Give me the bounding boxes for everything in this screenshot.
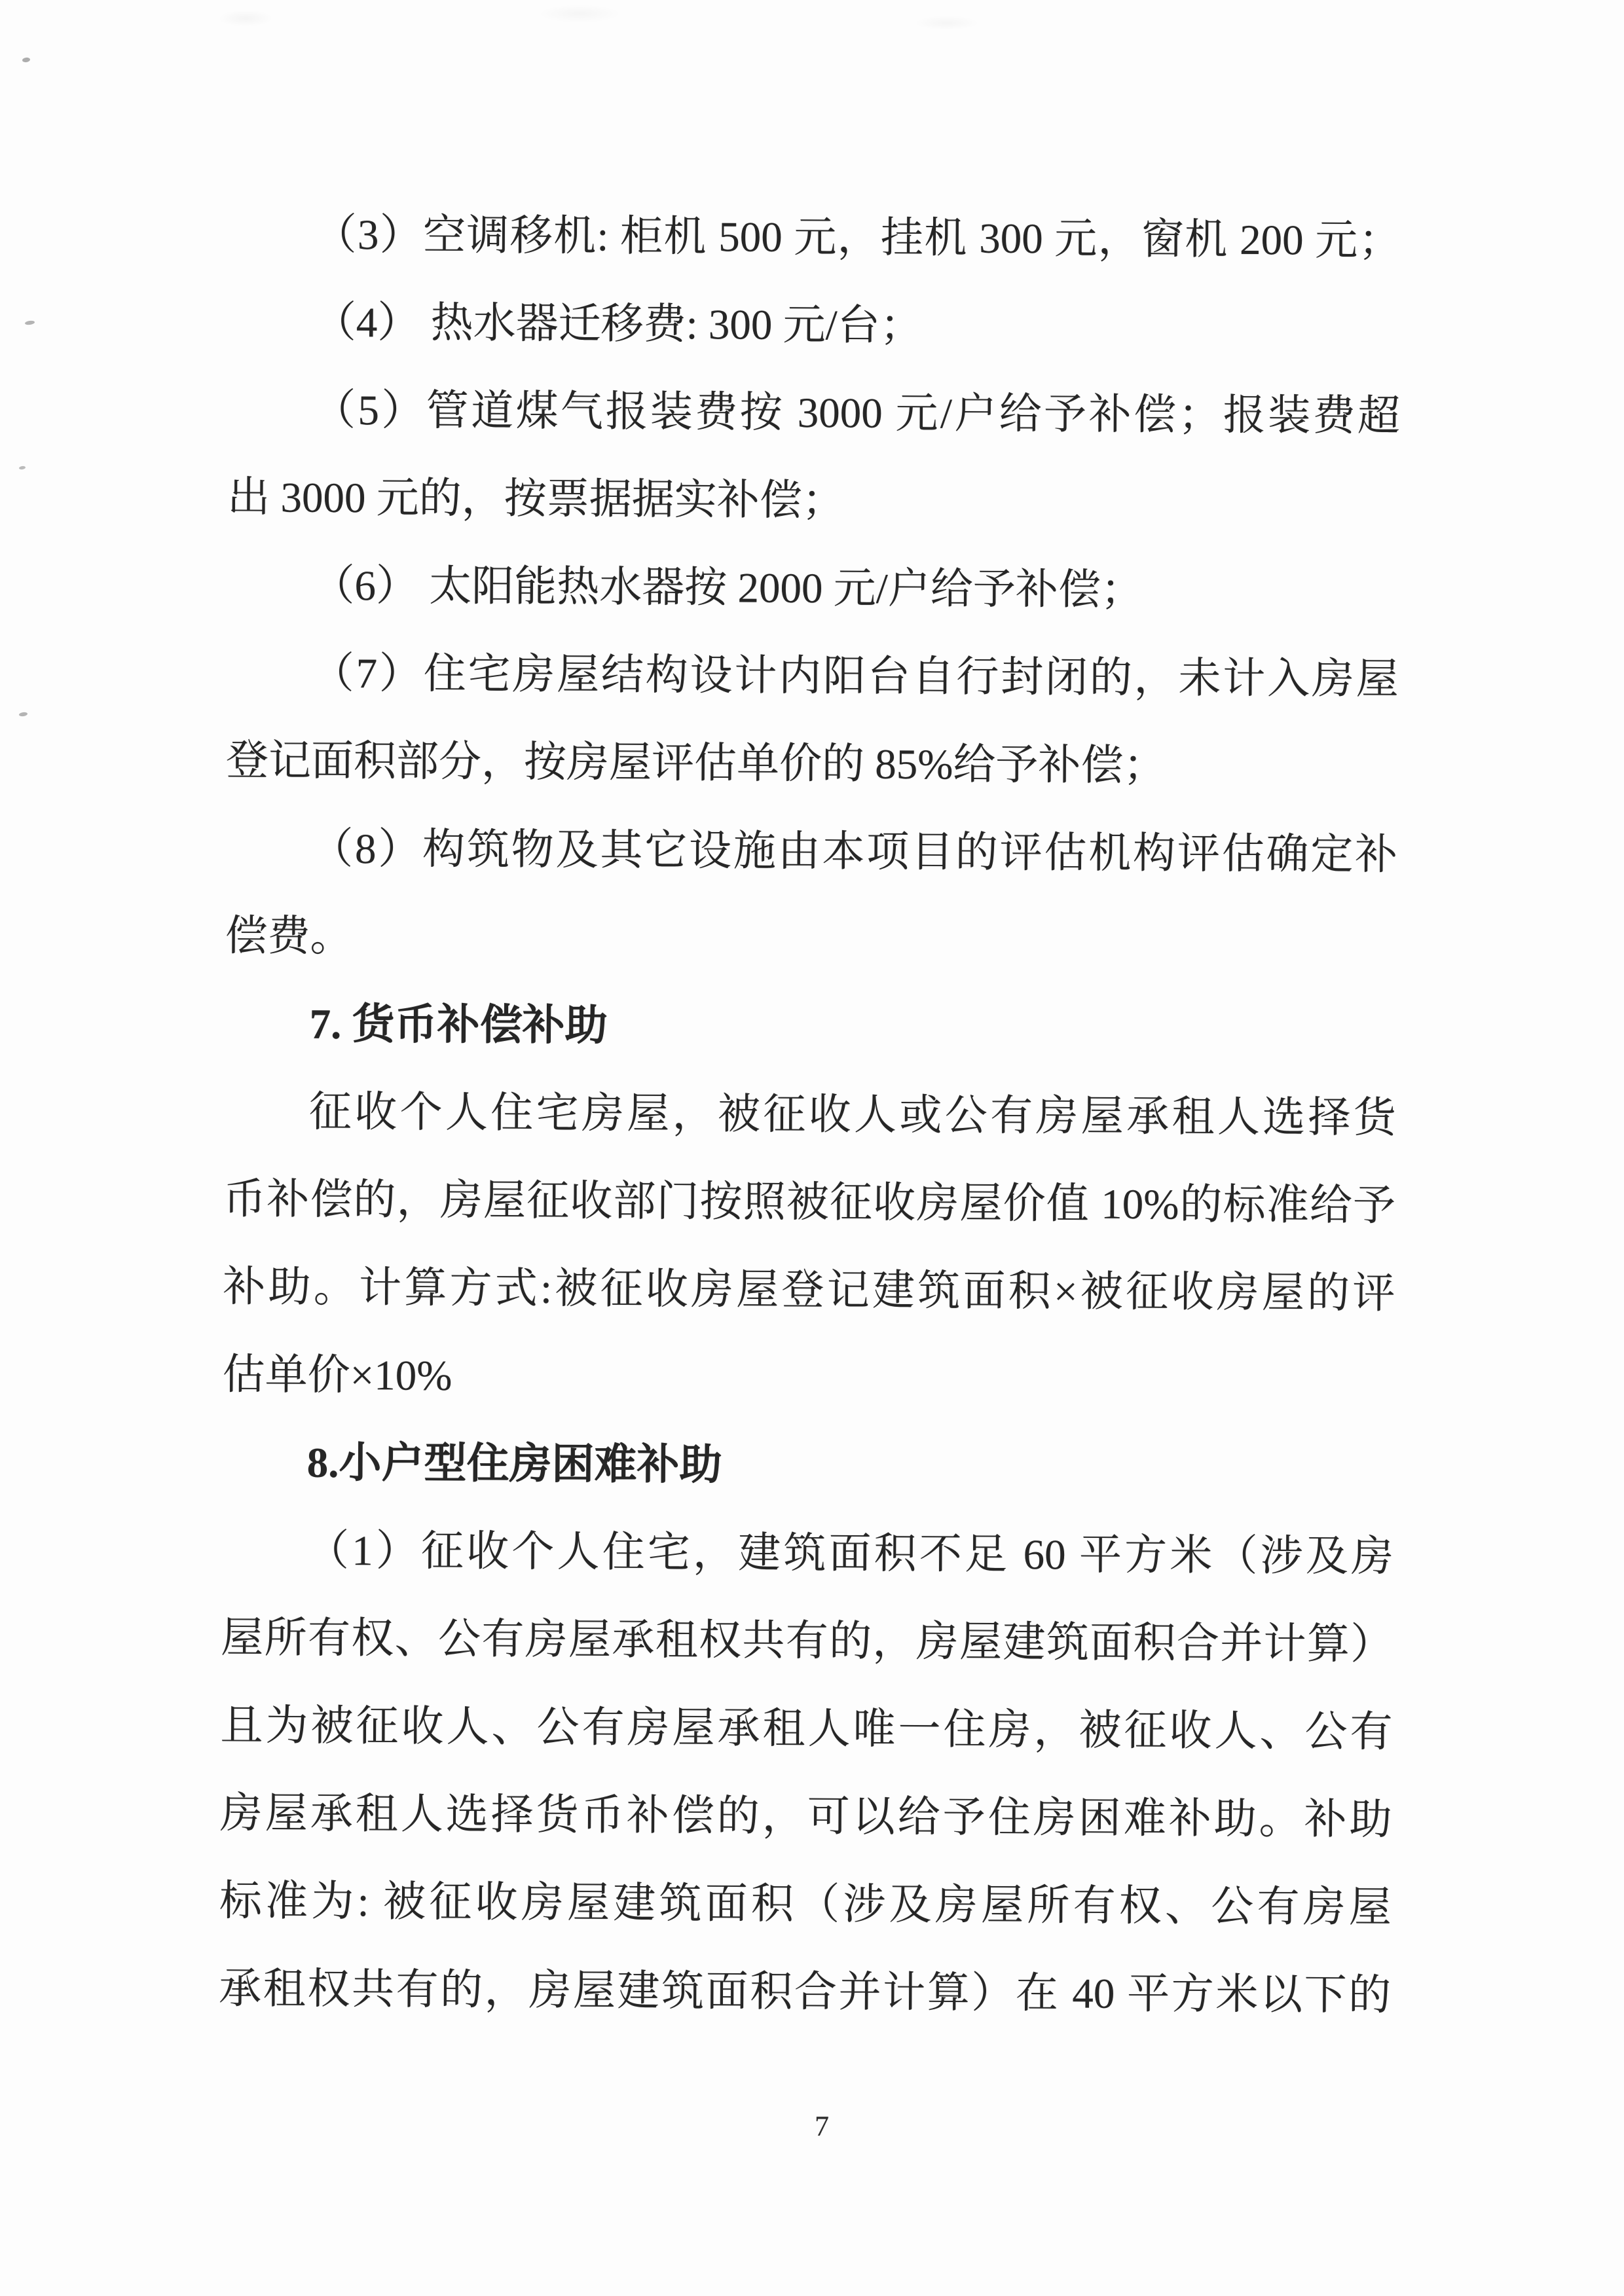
document-page: （3）空调移机: 柜机 500 元，挂机 300 元，窗机 200 元； （4）… [0,0,1624,2296]
text-line: （8）构筑物及其它设施由本项目的评估机构评估确定补 [225,805,1398,899]
text-line: 房屋承租人选择货币补偿的，可以给予住房困难补助。补助 [219,1770,1392,1864]
text-line: 估单价×10% [222,1331,1395,1425]
text-line: 承租权共有的，房屋建筑面积合并计算）在 40 平方米以下的 [219,1945,1392,2039]
text-line: 登记面积部分，按房屋评估单价的 85%给予补偿； [226,717,1399,811]
text-line: 征收个人住宅房屋，被征收人或公有房屋承租人选择货 [224,1068,1397,1162]
text-line: （3）空调移机: 柜机 500 元，挂机 300 元，窗机 200 元； [229,191,1401,285]
page-footer: 7 [0,2109,1624,2143]
text-line: 补助。计算方式:被征收房屋登记建筑面积×被征收房屋的评 [223,1243,1395,1338]
text-line: （5）管道煤气报装费按 3000 元/户给予补偿；报装费超 [228,366,1401,460]
scan-speck [19,465,26,469]
section-heading: 7. 货币补偿补助 [224,980,1397,1074]
text-line: 屋所有权、公有房屋承租权共有的，房屋建筑面积合并计算） [221,1594,1393,1688]
text-line: 标准为: 被征收房屋建筑面积（涉及房屋所有权、公有房屋 [219,1857,1392,1952]
section-heading: 8.小户型住房困难补助 [221,1419,1394,1513]
text-line: 出 3000 元的，按票据据实补偿； [227,454,1400,548]
scan-speck [22,57,31,63]
text-line: 偿费。 [225,892,1397,987]
text-line: （1）征收个人住宅，建筑面积不足 60 平方米（涉及房 [221,1506,1394,1601]
page-number: 7 [815,2109,829,2143]
text-line: （7）住宅房屋结构设计内阳台自行封闭的，未计入房屋 [226,629,1399,723]
text-line: （4） 热水器迁移费: 300 元/台； [228,278,1401,373]
text-line: （6） 太阳能热水器按 2000 元/户给予补偿； [227,541,1399,636]
scan-noise-smudge [79,0,1192,46]
body-text: （3）空调移机: 柜机 500 元，挂机 300 元，窗机 200 元； （4）… [219,191,1401,2039]
text-line: 且为被征收人、公有房屋承租人唯一住房，被征收人、公有 [220,1682,1393,1776]
scan-speck [19,712,28,717]
scan-speck [25,320,35,325]
text-line: 币补偿的，房屋征收部门按照被征收房屋价值 10%的标准给予 [223,1156,1396,1250]
